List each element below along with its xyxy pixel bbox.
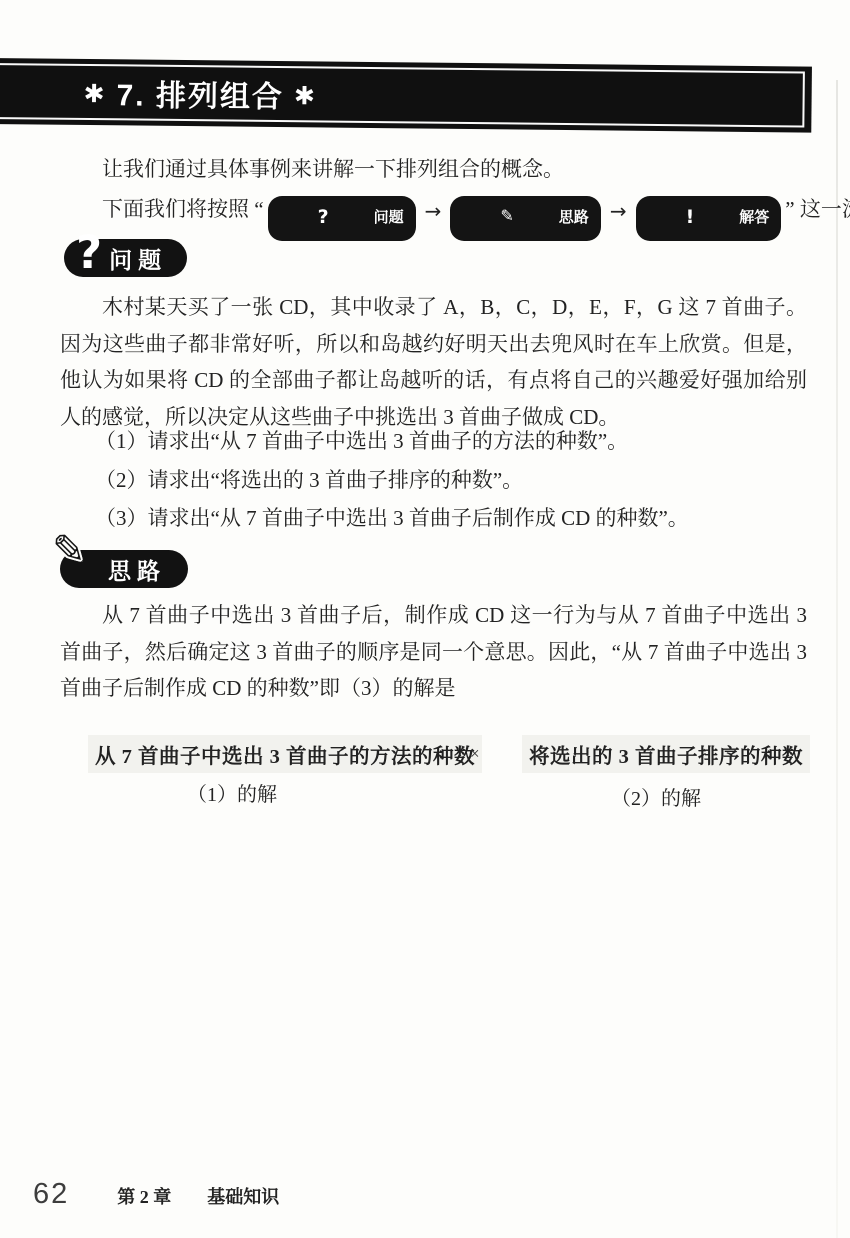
formula-left-term: 从 7 首曲子中选出 3 首曲子的方法的种数 xyxy=(88,735,482,773)
formula-right-caption: （2）的解 xyxy=(556,782,756,811)
section-title-text: 7. 排列组合 xyxy=(116,70,284,116)
problem-item-2: （2）请求出“将选出的 3 首曲子排序的种数”。 xyxy=(60,461,807,500)
intro-line-1: 让我们通过具体事例来讲解一下排列组合的概念。 xyxy=(60,153,807,185)
arrow-right-icon: → xyxy=(425,199,442,223)
flow-badge-answer-label: 解答 xyxy=(697,198,769,238)
star-icon: ✱ xyxy=(83,78,106,107)
flow-badge-answer: !解答 xyxy=(636,196,782,241)
section-label: 基础知识 xyxy=(207,1183,279,1209)
pencil-icon: ✎ xyxy=(458,208,513,224)
book-page: ✱ 7. 排列组合 ✱ 让我们通过具体事例来讲解一下排列组合的概念。 下面我们将… xyxy=(0,0,850,1238)
idea-section-badge: ✎ 思路 xyxy=(60,550,188,588)
idea-paragraph: 从 7 首曲子中选出 3 首曲子后，制作成 CD 这一行为与从 7 首曲子中选出… xyxy=(60,597,807,707)
formula-left-caption: （1）的解 xyxy=(132,778,332,807)
star-icon: ✱ xyxy=(294,81,317,110)
intro-flow-line: 下面我们将按照 “?问题→✎思路→!解答” 这一流程来展开。 xyxy=(60,189,807,241)
section-banner: ✱ 7. 排列组合 ✱ xyxy=(0,58,812,133)
multiply-operator: × xyxy=(470,744,480,764)
flow-badge-idea-label: 思路 xyxy=(517,198,589,238)
flow-badge-problem-label: 问题 xyxy=(332,198,404,238)
question-mark-icon: ? xyxy=(76,230,102,275)
flow-suffix-text: ” 这一流程来展开。 xyxy=(785,197,850,221)
pencil-icon: ✎ xyxy=(52,530,86,570)
exclamation-icon: ! xyxy=(644,208,695,227)
problem-item-1: （1）请求出“从 7 首曲子中选出 3 首曲子的方法的种数”。 xyxy=(60,422,807,461)
arrow-right-icon: → xyxy=(610,199,627,223)
flow-prefix-text: 下面我们将按照 “ xyxy=(102,197,264,221)
problem-item-3: （3）请求出“从 7 首曲子中选出 3 首曲子后制作成 CD 的种数”。 xyxy=(60,499,807,538)
idea-badge-label: 思路 xyxy=(108,553,166,586)
page-footer: 62 第 2 章 基础知识 xyxy=(33,1178,279,1211)
problem-section-badge: ? 问题 xyxy=(64,239,187,277)
problem-question-list: （1）请求出“从 7 首曲子中选出 3 首曲子的方法的种数”。 （2）请求出“将… xyxy=(60,422,807,538)
chapter-label: 第 2 章 xyxy=(117,1183,171,1209)
question-mark-icon: ? xyxy=(276,208,329,227)
flow-badge-idea: ✎思路 xyxy=(450,196,600,241)
flow-badge-problem: ?问题 xyxy=(268,196,416,241)
formula-right-term: 将选出的 3 首曲子排序的种数 xyxy=(522,735,810,773)
scan-edge-artifact xyxy=(836,80,838,1238)
problem-badge-label: 问题 xyxy=(109,242,167,275)
section-title: ✱ 7. 排列组合 ✱ xyxy=(83,70,317,116)
problem-paragraph: 木村某天买了一张 CD，其中收录了 A，B，C，D，E，F，G 这 7 首曲子。… xyxy=(60,289,807,435)
page-number: 62 xyxy=(33,1178,69,1211)
